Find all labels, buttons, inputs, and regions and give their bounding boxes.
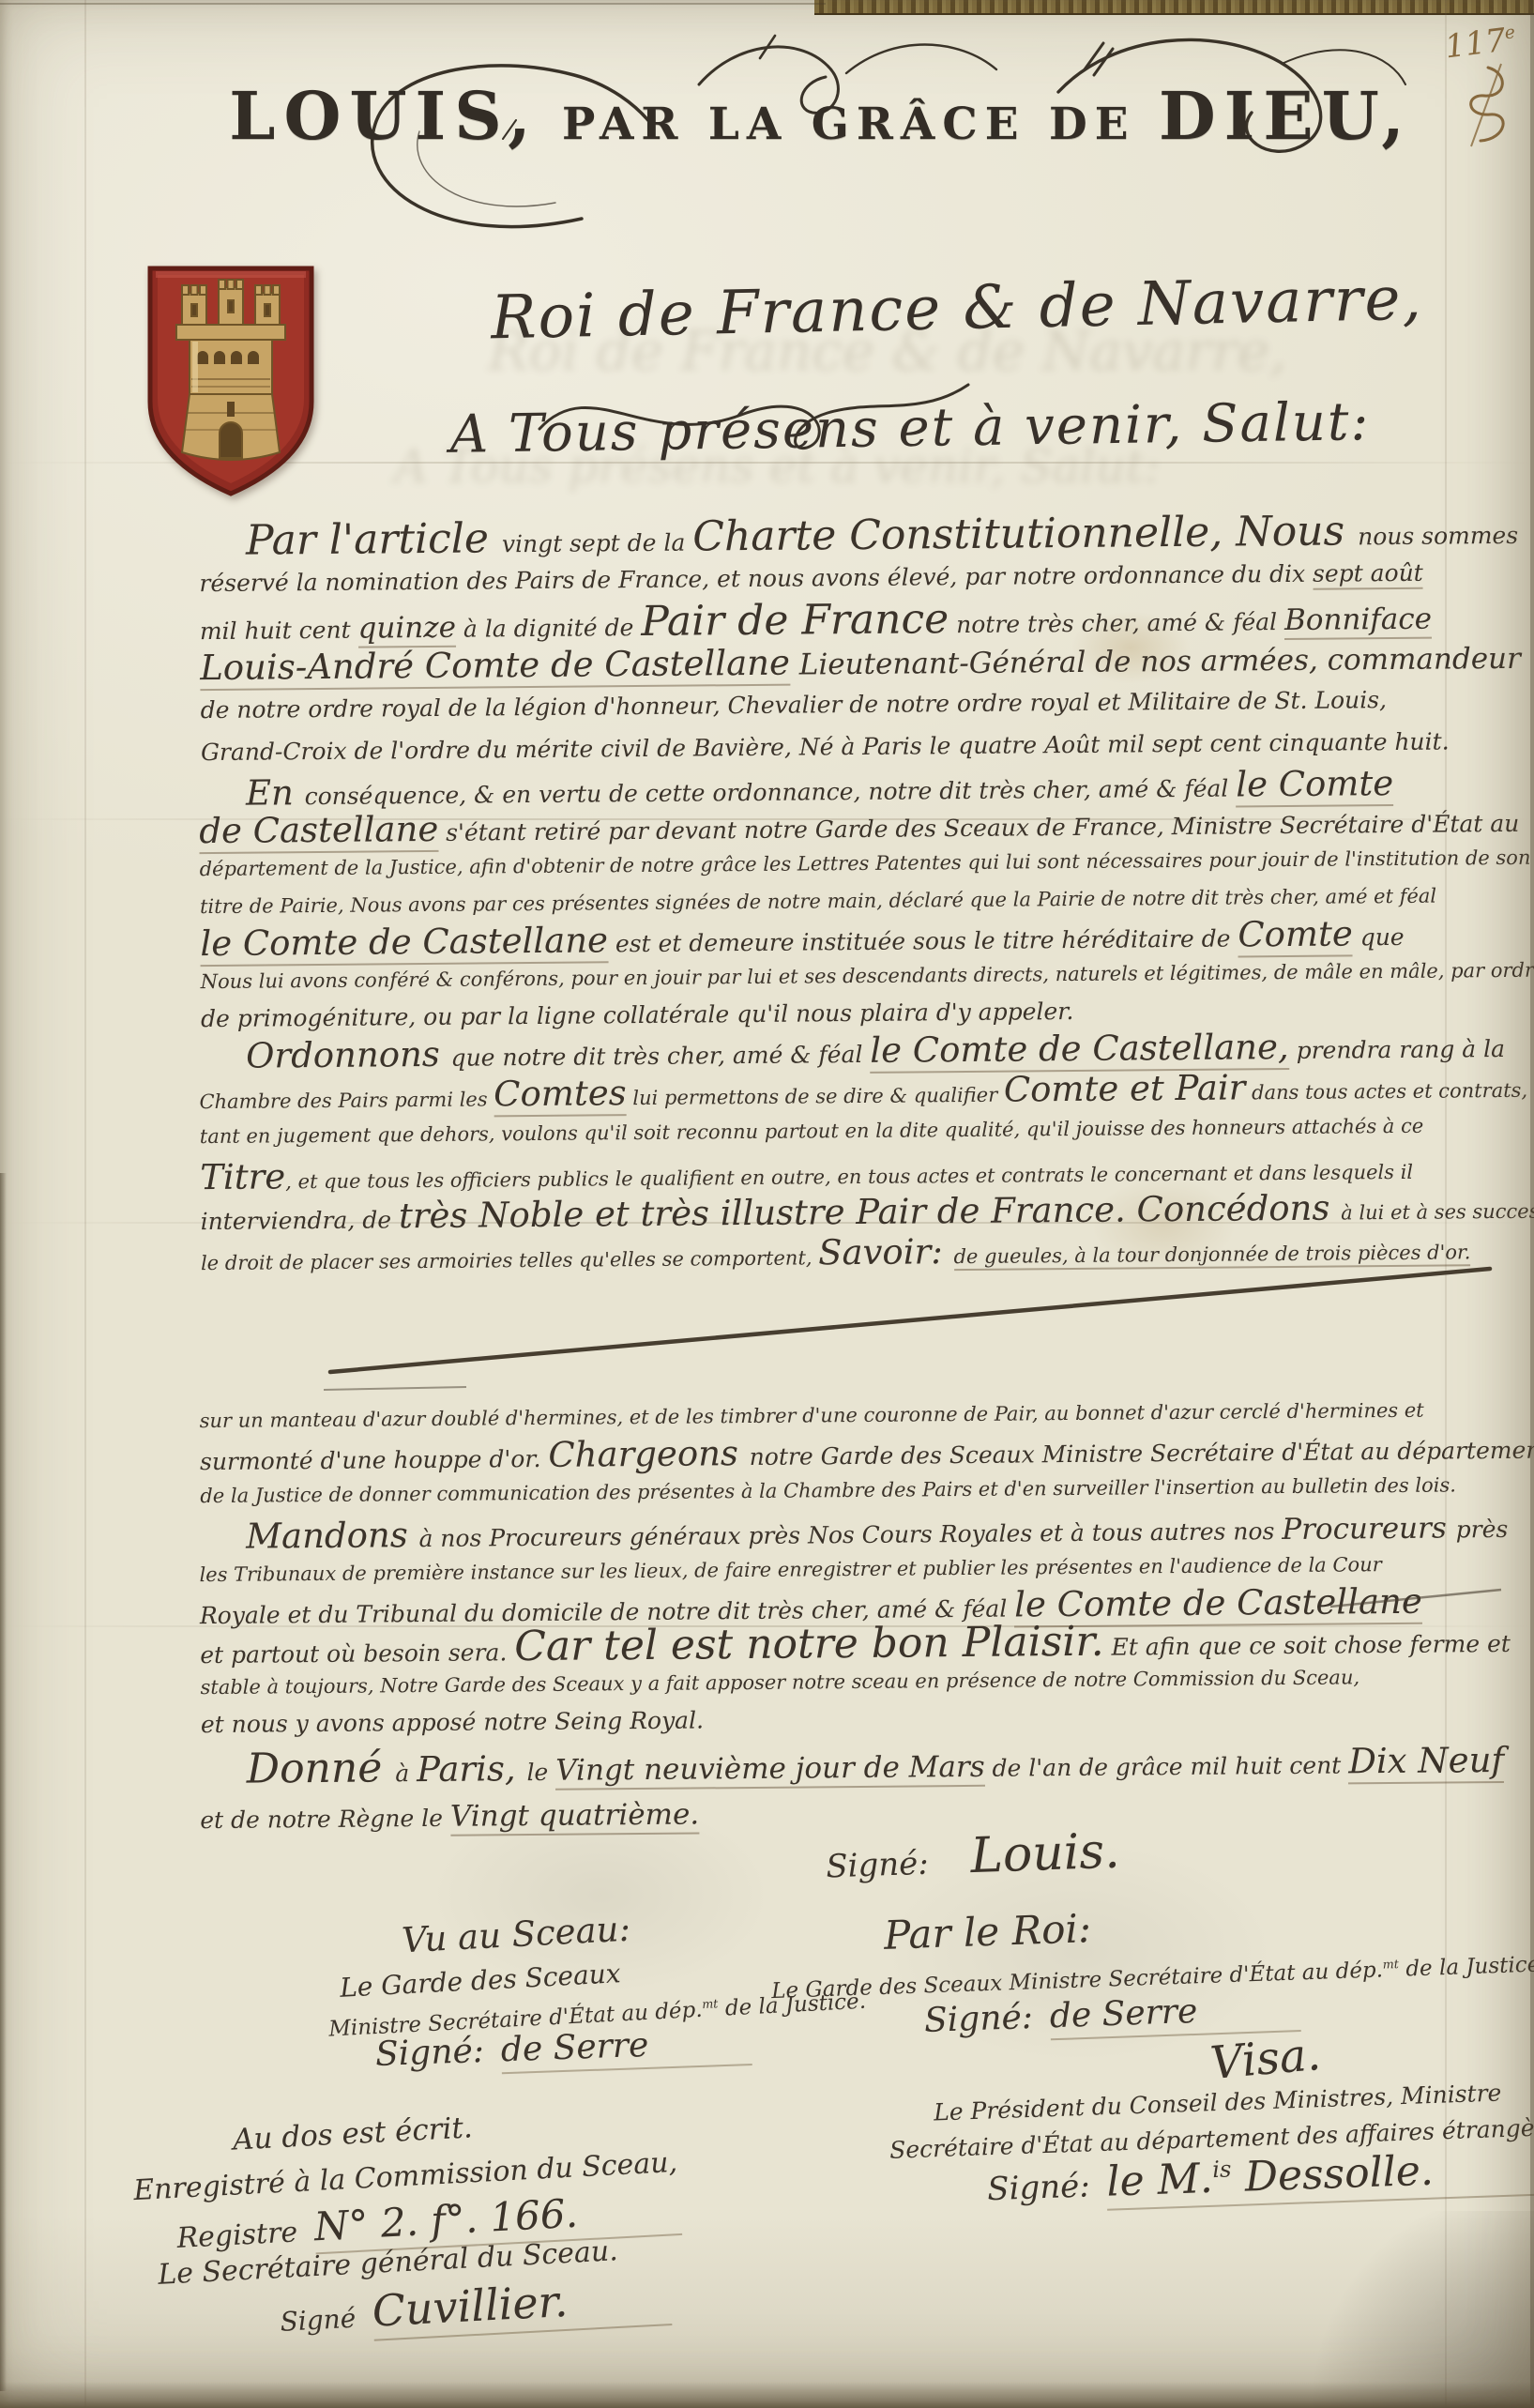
superscript: mt xyxy=(702,1996,719,2011)
text-segment: Savoir: xyxy=(818,1231,954,1273)
text-segment: Charte Constitutionnelle, xyxy=(692,509,1223,561)
text-segment: Ordonnons xyxy=(246,1034,451,1076)
signe-label: Signé: xyxy=(987,2167,1091,2208)
ministre-line-text: de la Justice. xyxy=(1399,1952,1534,1981)
page-left-edge xyxy=(0,1173,7,2391)
text-segment: de notre ordre royal de la légion d'honn… xyxy=(200,686,1387,724)
text-segment: Comte xyxy=(1238,913,1353,957)
text-segment: Vingt quatrième. xyxy=(450,1797,700,1836)
text-segment: le Comte de Castellane, xyxy=(870,1027,1289,1074)
text-segment: Paris, xyxy=(417,1748,527,1790)
text-segment: tant en jugement que dehors, voulons qu'… xyxy=(200,1115,1424,1148)
text-segment: Lieutenant-Général de nos armées, comman… xyxy=(790,642,1521,682)
text-segment: Titre xyxy=(200,1156,285,1197)
superscript: is xyxy=(1212,2156,1232,2183)
signature-louis: Signé:Louis. xyxy=(825,1823,1120,1890)
paragraph-1: Par l'article vingt sept de la Charte Co… xyxy=(199,509,1514,773)
text-segment: notre Garde des Sceaux Ministre Secrétai… xyxy=(750,1437,1534,1471)
text-segment: Nous lui avons conféré & conférons, pour… xyxy=(201,959,1534,994)
text-segment: près xyxy=(1456,1516,1509,1543)
text-segment: département de la Justice, afin d'obteni… xyxy=(200,846,1531,880)
text-segment: Chargeons xyxy=(548,1433,750,1475)
text-segment: les Tribunaux de première instance sur l… xyxy=(199,1553,1381,1586)
text-segment: dans tous actes et contrats, xyxy=(1245,1079,1527,1105)
de-serre-signature: de Serre xyxy=(500,2022,752,2074)
text-segment: à la dignité de xyxy=(456,614,642,643)
text-segment: Mandons xyxy=(246,1515,419,1557)
paragraph-4: sur un manteau d'azur doublé d'hermines,… xyxy=(200,1391,1514,1515)
par-le-roi-heading: Par le Roi: xyxy=(883,1905,1092,1958)
document-page: 117e LOUIS, PAR LA GRÂCE DE DIEU, Roi de… xyxy=(0,0,1534,2408)
text-segment: Louis-André Comte de Castellane xyxy=(200,643,790,691)
text-segment: que notre dit très cher, amé & féal xyxy=(450,1041,870,1072)
text-segment: nous sommes xyxy=(1358,522,1518,550)
text-segment: Grand-Croix de l'ordre du mérite civil d… xyxy=(201,727,1450,766)
text-segment: mil huit cent xyxy=(200,617,358,645)
text-segment: le droit de placer ses armoiries telles … xyxy=(201,1246,818,1274)
text-segment: de l'an de grâce mil huit cent xyxy=(985,1751,1349,1781)
text-segment: Et afin que ce soit chose ferme et xyxy=(1103,1630,1511,1661)
text-segment: Par l'article xyxy=(246,514,502,564)
visa-heading: Visa. xyxy=(1208,2028,1323,2090)
text-segment: Comte et Pair xyxy=(1004,1067,1246,1109)
text-segment: réservé la nomination des Pairs de Franc… xyxy=(199,560,1313,597)
paragraph-5: Mandons à nos Procureurs généraux près N… xyxy=(199,1507,1514,1744)
text-segment: et nous y avons apposé notre Seing Royal… xyxy=(201,1706,704,1738)
signe-label: Signé xyxy=(280,2303,357,2338)
signe-label: Signé: xyxy=(826,1845,930,1886)
signe-label: Signé: xyxy=(923,1998,1033,2040)
registre-label: Registre xyxy=(176,2216,298,2255)
text-segment: interviendra, de xyxy=(200,1206,399,1235)
text-segment: à xyxy=(395,1760,417,1787)
paragraph-6: Donné à Paris, le Vingt neuvième jour de… xyxy=(200,1734,1514,1843)
page-bottom-edge xyxy=(0,2382,1534,2408)
text-segment: de primogéniture, ou par la ligne collat… xyxy=(201,998,1074,1032)
paragraph-2: En conséquence, & en vertu de cette ordo… xyxy=(199,764,1514,1038)
text-segment: prendra rang à la xyxy=(1289,1035,1506,1064)
text-segment: titre de Pairie, Nous avons par ces prés… xyxy=(200,885,1436,919)
text-segment: Concédons xyxy=(1126,1187,1342,1229)
text-segment: sept août xyxy=(1313,559,1423,590)
text-segment: quinze xyxy=(357,611,456,648)
paragraph-3: Ordonnons que notre dit très cher, amé &… xyxy=(199,1025,1514,1278)
text-segment: le xyxy=(526,1759,555,1786)
text-segment: à lui et à ses successeurs xyxy=(1341,1199,1534,1224)
text-segment: Donné xyxy=(247,1744,396,1792)
text-segment: surmonté d'une houppe d'or. xyxy=(200,1445,549,1475)
text-segment: sur un manteau d'azur doublé d'hermines,… xyxy=(200,1399,1424,1432)
text-segment: Procureurs xyxy=(1282,1511,1456,1547)
royal-signature: Louis. xyxy=(969,1823,1120,1885)
text-segment: En xyxy=(246,772,305,814)
text-segment: Pair de France xyxy=(641,595,949,646)
text-segment: Vingt neuvième jour de Mars xyxy=(555,1750,985,1791)
page-right-edge xyxy=(1530,0,1534,2408)
text-segment: Dix Neuf xyxy=(1348,1740,1504,1784)
text-segment: de Castellane xyxy=(199,809,438,854)
text-segment: Nous xyxy=(1223,507,1358,556)
text-segment: que xyxy=(1353,923,1405,951)
text-segment: de la Justice de donner communication de… xyxy=(200,1473,1456,1507)
text-segment: le Comte xyxy=(1236,763,1393,807)
dessolle-signature: le M. xyxy=(1106,2155,1214,2206)
text-segment: lui permettons de se dire & qualifier xyxy=(627,1084,1004,1110)
dessolle-signature: Dessolle. xyxy=(1231,2147,1435,2202)
text-segment: et partout où besoin sera. xyxy=(200,1638,514,1669)
text-segment: stable à toujours, Notre Garde des Sceau… xyxy=(200,1666,1359,1699)
text-segment: et de notre Règne le xyxy=(200,1805,450,1834)
text-segment: est et demeure instituée sous le titre h… xyxy=(608,924,1238,957)
text-segment: vingt sept de la xyxy=(502,529,693,558)
text-segment: notre très cher, amé & féal xyxy=(949,608,1284,638)
signe-label: Signé: xyxy=(374,2032,484,2074)
text-segment: Chambre des Pairs parmi les xyxy=(199,1088,494,1113)
text-segment: Bonniface xyxy=(1284,602,1432,640)
text-segment: Comtes xyxy=(494,1073,627,1117)
text-segment: très Noble et très illustre Pair de Fran… xyxy=(399,1190,1126,1237)
superscript: mt xyxy=(1382,1957,1399,1972)
text-segment: de gueules, à la tour donjonnée de trois… xyxy=(953,1241,1470,1271)
